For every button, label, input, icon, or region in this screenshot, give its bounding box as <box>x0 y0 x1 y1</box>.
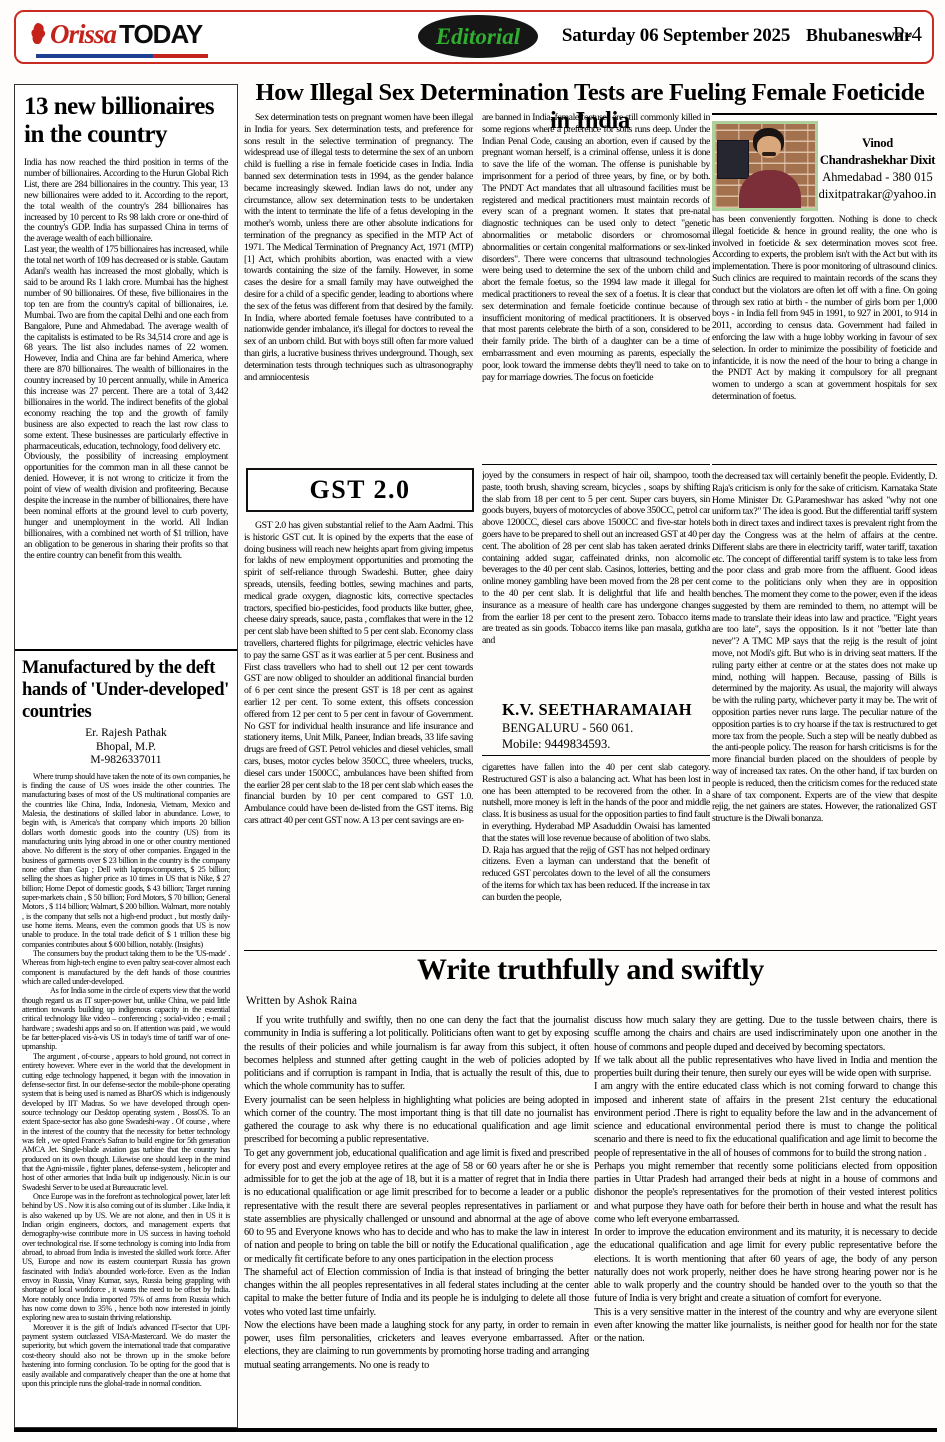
billionaires-title: 13 new billionaires in the country <box>24 93 228 149</box>
author-photo-block: Vinod Chandrashekhar Dixit Ahmedabad - 3… <box>712 113 937 211</box>
truthfully-paragraph: If we talk about all the public represen… <box>594 1054 937 1081</box>
gst-column-2-bottom: cigarettes have fallen into the 40 per c… <box>482 756 710 956</box>
billionaires-paragraph: India has now reached the third position… <box>24 158 228 245</box>
manufactured-paragraph: Moreover it is the gift of India's advan… <box>22 1323 230 1388</box>
truthfully-paragraph: This is a very sensitive matter in the i… <box>594 1306 937 1346</box>
article-manufactured: Manufactured by the deft hands of 'Under… <box>15 651 237 1417</box>
truthfully-paragraph: discuss how much salary they are getting… <box>594 1014 937 1054</box>
masthead: Orissa TODAY Editorial Saturday 06 Septe… <box>14 10 934 64</box>
editorial-badge: Editorial <box>418 15 538 58</box>
page-bottom-rule <box>14 1428 937 1432</box>
paper-name-orissa: Orissa <box>50 19 116 50</box>
manufactured-byline: Er. Rajesh Pathak Bhopal, M.P. M-9826337… <box>22 727 230 768</box>
section-divider-rule <box>244 950 937 951</box>
manufactured-title: Manufactured by the deft hands of 'Under… <box>22 657 230 723</box>
gst-title: GST 2.0 <box>309 475 410 505</box>
gst-text: cigarettes have fallen into the 40 per c… <box>482 762 710 904</box>
gst-column-3: the decreased tax will certainly benefit… <box>712 464 937 950</box>
foeticide-column-2: are banned in India, female foetuses are… <box>482 112 710 466</box>
manufactured-paragraph: The consumers buy the product taking the… <box>22 949 230 986</box>
gst-author-name: K.V. SEETHARAMAIAH <box>502 700 710 720</box>
gst-text: the decreased tax will certainly benefit… <box>712 471 937 825</box>
byline-city: Bhopal, M.P. <box>22 741 230 755</box>
photo-person-mustache <box>762 152 776 156</box>
manufactured-paragraph: Where trump should have taken the note o… <box>22 772 230 950</box>
gst-text: GST 2.0 has given substantial relief to … <box>244 520 473 827</box>
gst-column-2-top: joyed by the consumers in respect of hai… <box>482 465 710 698</box>
photo-person-shirt <box>739 170 801 208</box>
gst-author-block: K.V. SEETHARAMAIAH BENGALURU - 560 061. … <box>482 698 710 756</box>
byline-author: Er. Rajesh Pathak <box>22 727 230 741</box>
article-billionaires: 13 new billionaires in the country India… <box>15 85 237 651</box>
gst-text: joyed by the consumers in respect of hai… <box>482 470 710 647</box>
byline-phone: M-9826337011 <box>22 754 230 768</box>
foeticide-column-1: Sex determination tests on pregnant wome… <box>244 112 473 470</box>
billionaires-paragraph: Last year, the wealth of 175 billionaire… <box>24 245 228 452</box>
author-name: Vinod Chandrashekhar Dixit <box>818 135 937 169</box>
foeticide-text: Sex determination tests on pregnant wome… <box>244 112 473 383</box>
foeticide-column-3: has been conveniently forgotten. Nothing… <box>712 214 937 466</box>
foeticide-text: has been conveniently forgotten. Nothing… <box>712 214 937 403</box>
gst-column-1: GST 2.0 has given substantial relief to … <box>244 520 473 948</box>
truthfully-column-1: If you write truthfully and swiftly, the… <box>244 1014 589 1428</box>
issue-date: Saturday 06 September 2025 <box>556 25 796 47</box>
truthfully-paragraph: Now the elections have been made a laugh… <box>244 1319 589 1372</box>
gst-author-mobile: Mobile: 9449834593. <box>502 736 710 752</box>
author-caption: Vinod Chandrashekhar Dixit Ahmedabad - 3… <box>818 121 937 211</box>
gst-author-city: BENGALURU - 560 061. <box>502 720 710 736</box>
gst-column-2: joyed by the consumers in respect of hai… <box>482 464 710 956</box>
photo-monitor <box>717 140 749 179</box>
billionaires-paragraph: Obviously, the possibility of increasing… <box>24 452 228 561</box>
truthfully-paragraph: In order to improve the education enviro… <box>594 1226 937 1306</box>
editorial-badge-label: Editorial <box>436 24 520 50</box>
foeticide-text: are banned in India, female foetuses are… <box>482 112 710 383</box>
page-number: P-4 <box>893 22 922 47</box>
truthfully-paragraph: The shameful act of Election commission … <box>244 1266 589 1319</box>
logo-underline-bar <box>36 54 208 58</box>
truthfully-paragraph: Every journalist can be seen helpless in… <box>244 1094 589 1147</box>
orissa-map-icon <box>30 22 48 51</box>
author-city: Ahmedabad - 380 015 <box>818 169 937 186</box>
truthfully-paragraph: If you write truthfully and swiftly, the… <box>244 1014 589 1094</box>
newspaper-page: Orissa TODAY Editorial Saturday 06 Septe… <box>0 0 945 1442</box>
author-email: dixitpatrakar@yahoo.in <box>818 186 937 203</box>
manufactured-paragraph: The argument , of-course , appears to ho… <box>22 1052 230 1192</box>
manufactured-paragraph: As for India some in the circle of exper… <box>22 986 230 1051</box>
truthfully-title: Write truthfully and swiftly <box>244 953 937 987</box>
truthfully-byline: Written by Ashok Raina <box>246 995 357 1007</box>
paper-logo: Orissa TODAY <box>30 19 202 50</box>
left-column: 13 new billionaires in the country India… <box>14 84 238 1428</box>
truthfully-paragraph: I am angry with the entire educated clas… <box>594 1080 937 1160</box>
truthfully-column-2: discuss how much salary they are getting… <box>594 1014 937 1428</box>
gst-title-box: GST 2.0 <box>246 468 474 512</box>
manufactured-paragraph: Once Europe was in the forefront as tech… <box>22 1192 230 1323</box>
truthfully-paragraph: To get any government job, educational q… <box>244 1147 589 1266</box>
truthfully-paragraph: Perhaps you might remember that recently… <box>594 1160 937 1226</box>
paper-name-today: TODAY <box>119 19 202 50</box>
author-photo <box>712 121 818 211</box>
